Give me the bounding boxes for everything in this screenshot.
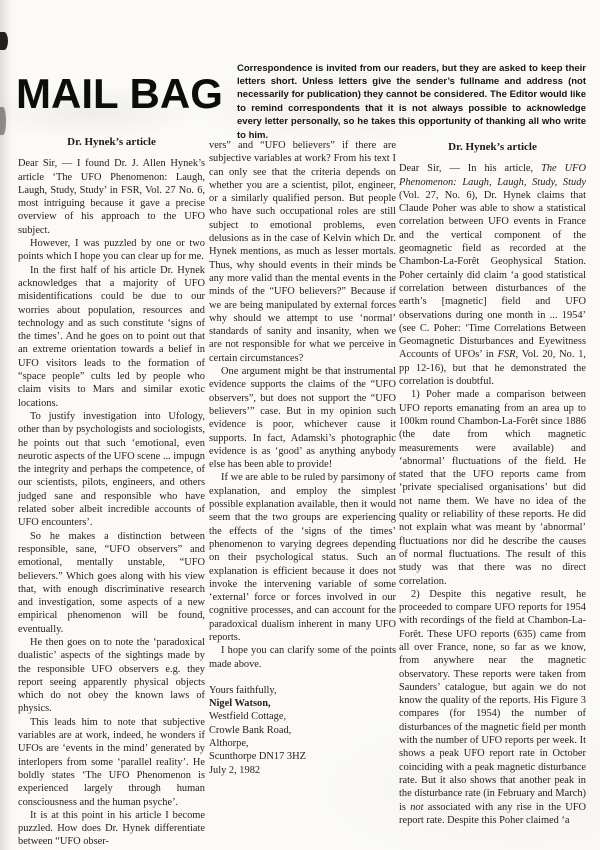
letter-heading: Dr. Hynek’s article — [399, 141, 586, 154]
paragraph: So he makes a distinction between respon… — [18, 530, 205, 636]
paragraph: This leads him to note that subjective v… — [18, 716, 205, 809]
paragraph: One argument might be that instrumental … — [209, 365, 396, 471]
letter-column-3: Dr. Hynek’s article Dear Sir, — In his a… — [399, 141, 586, 827]
scan-artifact — [0, 32, 8, 50]
scan-artifact — [0, 107, 6, 135]
signature-line: Crowle Bank Road, — [209, 724, 396, 737]
paragraph: Dear Sir, — I found Dr. J. Allen Hynek’s… — [18, 157, 205, 237]
editor-intro-text: Correspondence is invited from our reade… — [237, 62, 586, 142]
paragraph: 1) Poher made a comparison between UFO r… — [399, 388, 586, 587]
signature-line: Yours faithfully, — [209, 684, 396, 697]
paragraph: However, I was puzzled by one or two poi… — [18, 237, 205, 264]
paragraph: Dear Sir, — In his article, The UFO Phen… — [399, 162, 586, 388]
letter-body: vers” and “UFO believers” if there are s… — [209, 139, 396, 777]
letter-heading: Dr. Hynek’s article — [18, 136, 205, 149]
paragraph: In the first half of his article Dr. Hyn… — [18, 264, 205, 410]
signature-line: Althorpe, — [209, 737, 396, 750]
paragraph: vers” and “UFO believers” if there are s… — [209, 139, 396, 365]
signature-line: July 2, 1982 — [209, 764, 396, 777]
page-title: MAIL BAG — [16, 73, 223, 115]
letter-body: Dear Sir, — In his article, The UFO Phen… — [399, 162, 586, 827]
paragraph: He then goes on to note the ‘paradoxical… — [18, 636, 205, 716]
paragraph: If we are able to be ruled by parsimony … — [209, 471, 396, 644]
paragraph: I hope you can clarify some of the point… — [209, 644, 396, 671]
paragraph: To justify investigation into Ufology, o… — [18, 410, 205, 530]
paragraph: It is at this point in his article I bec… — [18, 809, 205, 849]
paragraph: 2) Despite this negative result, he proc… — [399, 588, 586, 827]
signature-line: Nigel Watson, — [209, 697, 396, 710]
signature-line: Scunthorpe DN17 3HZ — [209, 750, 396, 763]
letter-column-2: vers” and “UFO believers” if there are s… — [209, 139, 396, 777]
letter-column-1: Dr. Hynek’s article Dear Sir, — I found … — [18, 136, 205, 849]
letter-body: Dear Sir, — I found Dr. J. Allen Hynek’s… — [18, 157, 205, 848]
magazine-page: { "page": { "title": "MAIL BAG", "intro"… — [0, 0, 600, 850]
signature-line: Westfield Cottage, — [209, 710, 396, 723]
